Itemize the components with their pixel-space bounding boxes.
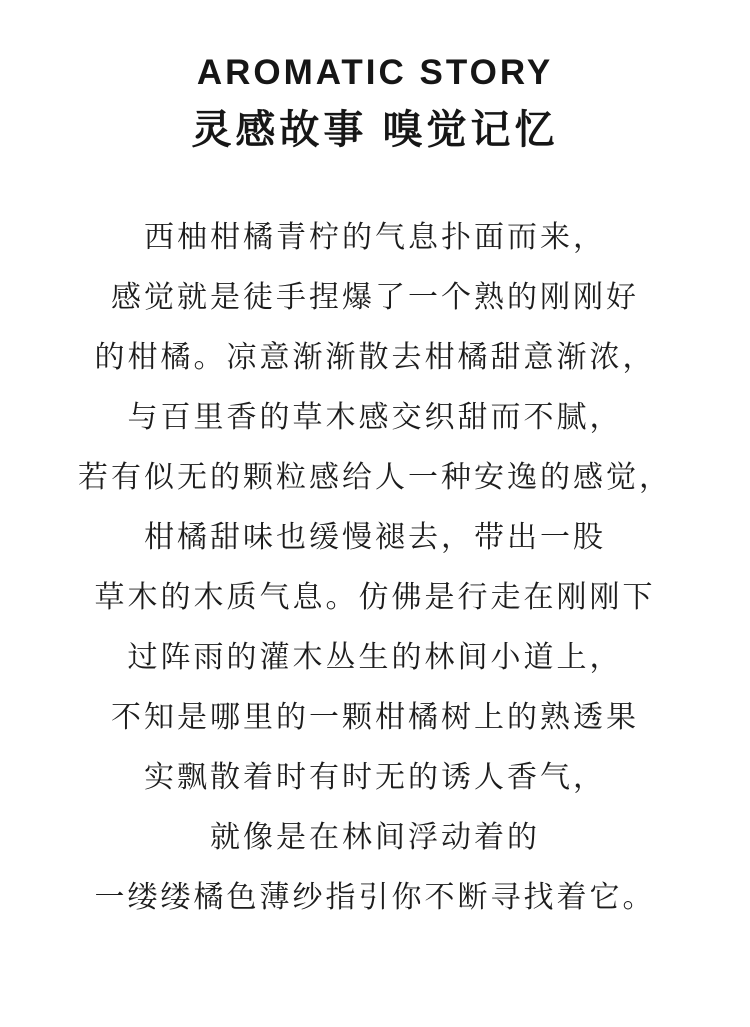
story-line-6: 柑橘甜味也缓慢褪去，带出一股 [0,508,750,568]
story-line-5: 若有似无的颗粒感给人一种安逸的感觉， [0,448,750,508]
story-body: 西柚柑橘青柠的气息扑面而来， 感觉就是徒手捏爆了一个熟的刚刚好 的柑橘。凉意渐渐… [0,208,750,928]
story-line-3: 的柑橘。凉意渐渐散去柑橘甜意渐浓， [0,328,750,388]
story-line-9: 不知是哪里的一颗柑橘树上的熟透果 [0,688,750,748]
story-line-1: 西柚柑橘青柠的气息扑面而来， [0,208,750,268]
story-line-4: 与百里香的草木感交织甜而不腻， [0,388,750,448]
aromatic-story-page: AROMATIC STORY 灵感故事 嗅觉记忆 西柚柑橘青柠的气息扑面而来， … [0,0,750,1027]
title-english: AROMATIC STORY [0,52,750,94]
story-line-7: 草木的木质气息。仿佛是行走在刚刚下 [0,568,750,628]
story-line-12: 一缕缕橘色薄纱指引你不断寻找着它。 [0,868,750,928]
story-line-10: 实飘散着时有时无的诱人香气， [0,748,750,808]
story-line-11: 就像是在林间浮动着的 [0,808,750,868]
story-line-2: 感觉就是徒手捏爆了一个熟的刚刚好 [0,268,750,328]
title-chinese: 灵感故事 嗅觉记忆 [0,106,750,154]
story-line-8: 过阵雨的灌木丛生的林间小道上， [0,628,750,688]
page-header: AROMATIC STORY 灵感故事 嗅觉记忆 [0,52,750,154]
